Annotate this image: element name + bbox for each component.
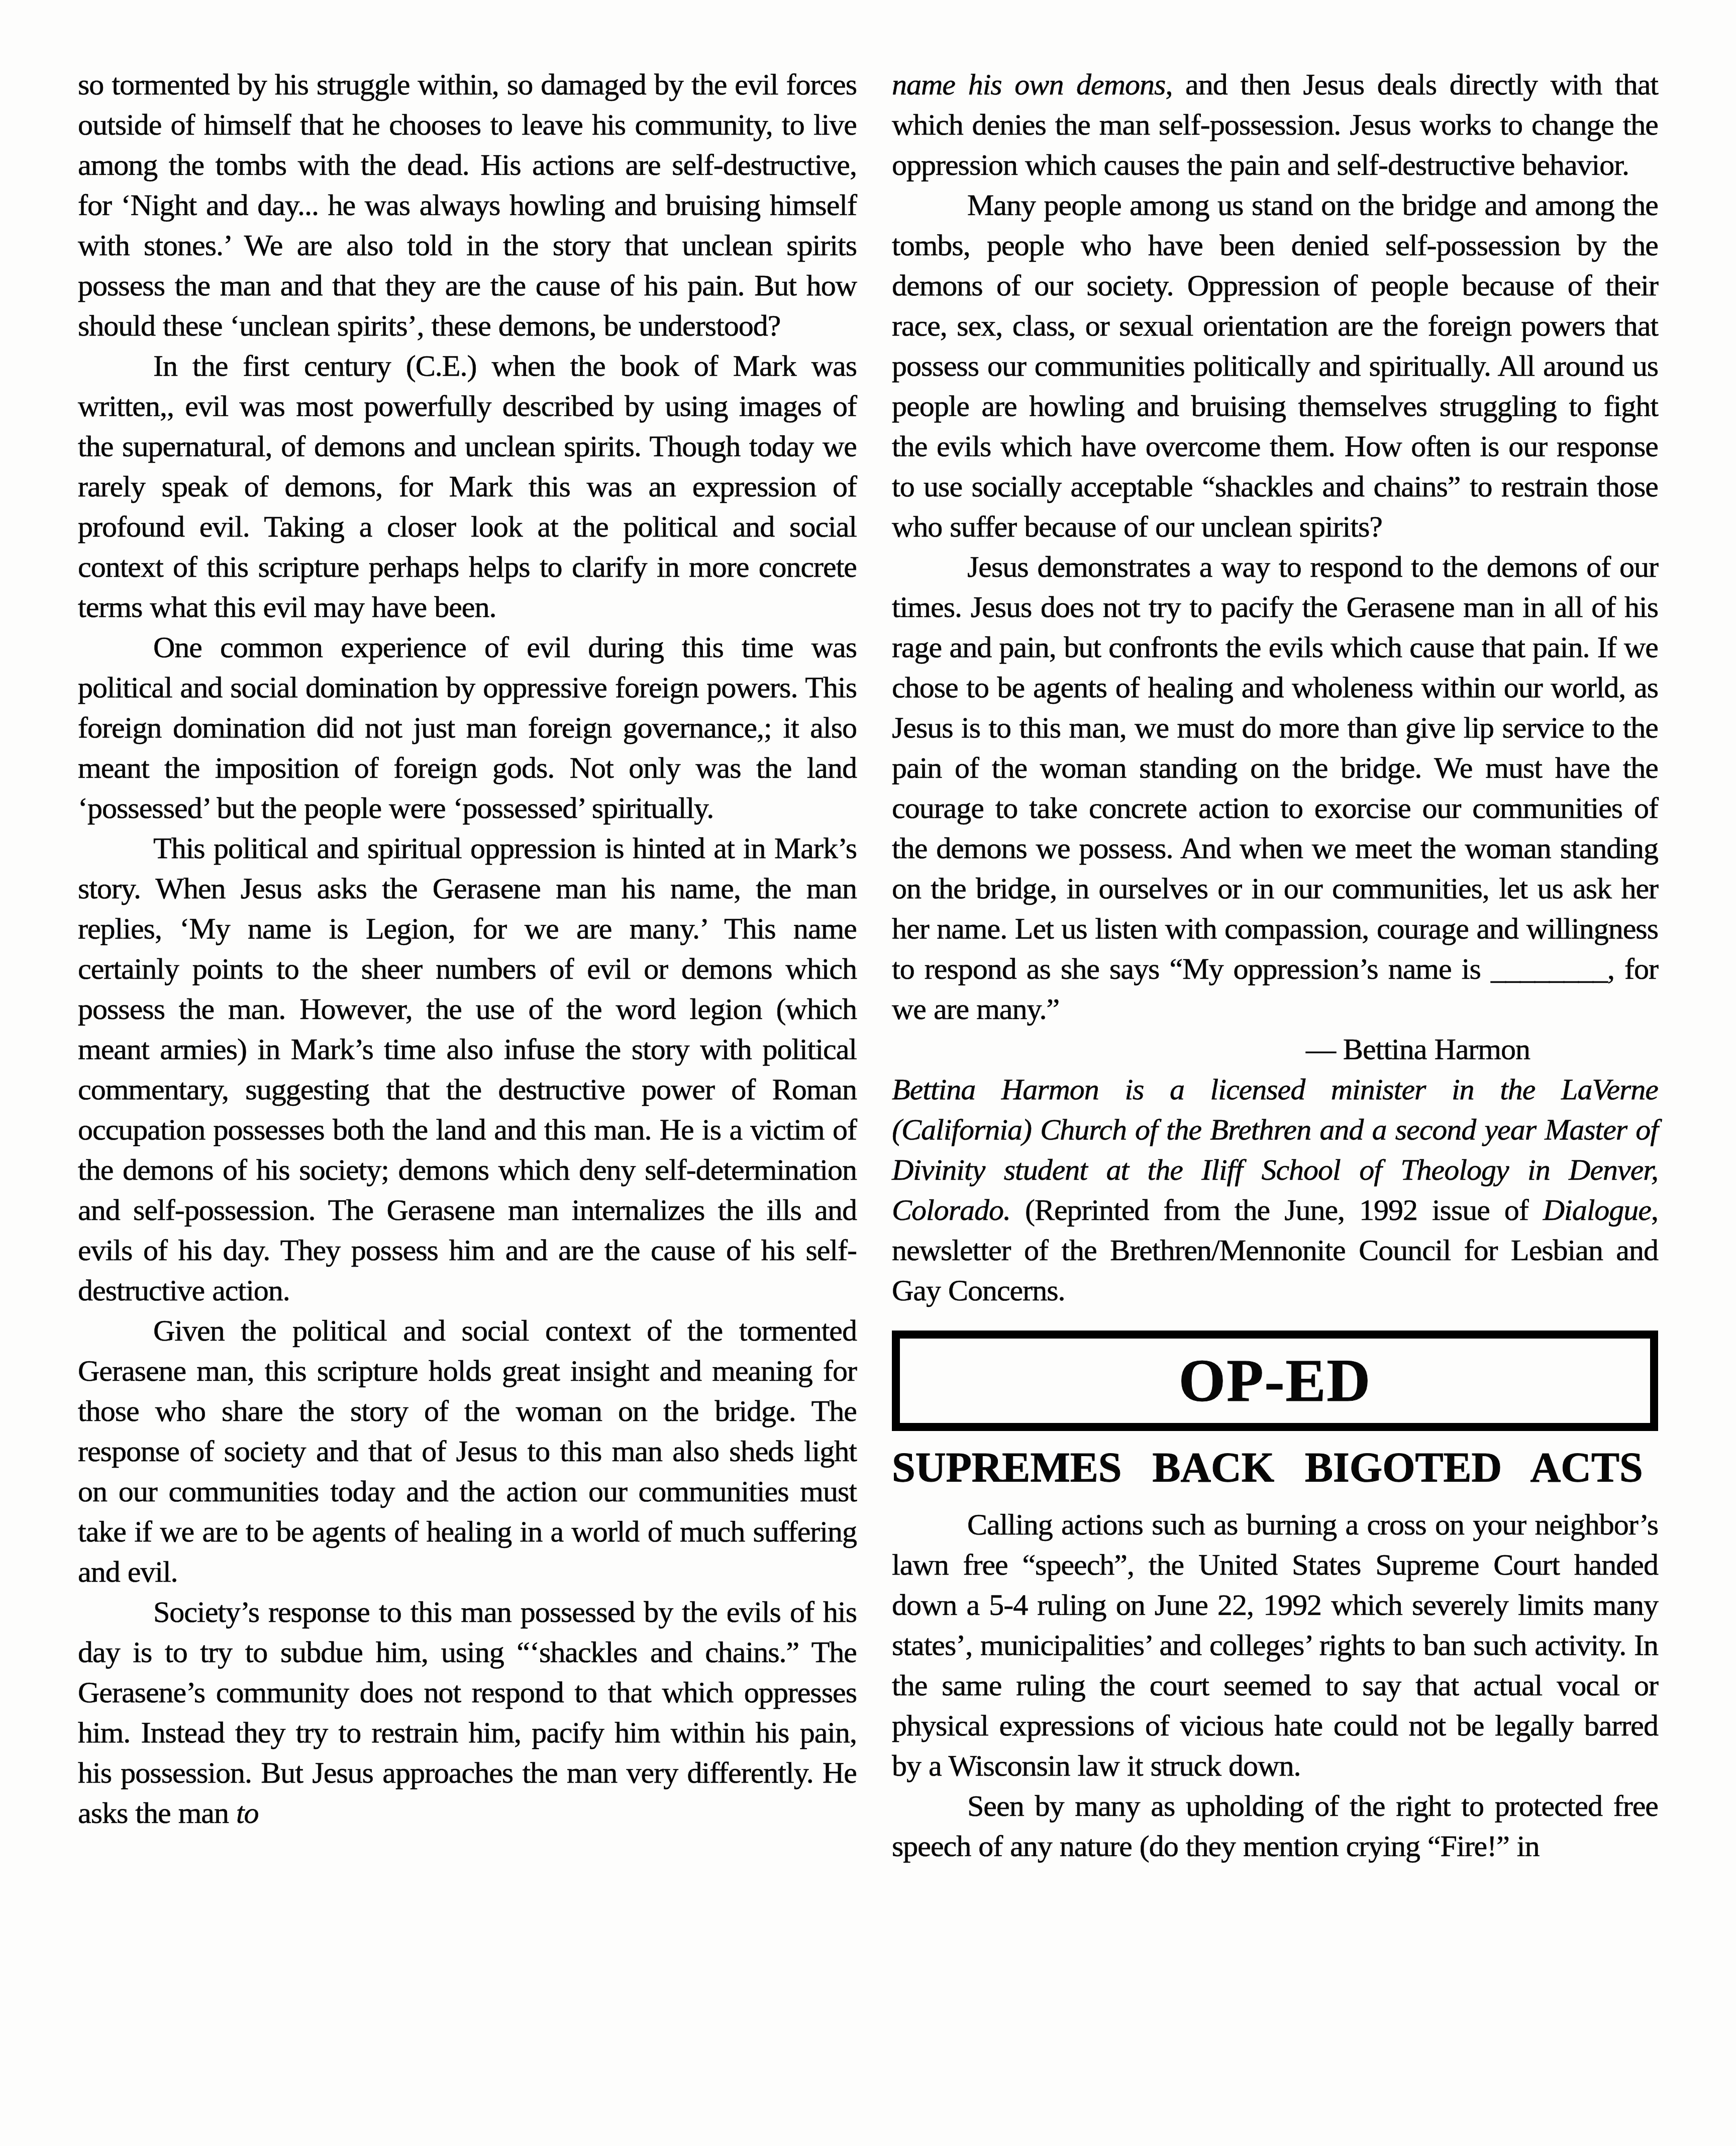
left-column: so tormented by his struggle within, so … xyxy=(78,64,857,1833)
oped-section-box: OP-ED xyxy=(892,1331,1658,1431)
paragraph-first-century: In the first century (C.E.) when the boo… xyxy=(78,346,857,627)
paragraph-name-his-own-demons: name his own demons, and then Jesus deal… xyxy=(892,64,1658,185)
paragraph-seen-by-many: Seen by many as upholding of the right t… xyxy=(892,1786,1658,1866)
paragraph-political-spiritual-oppression: This political and spiritual oppression … xyxy=(78,828,857,1310)
paragraph-jesus-demonstrates: Jesus demonstrates a way to respond to t… xyxy=(892,547,1658,1029)
author-attribution: — Bettina Harmon xyxy=(892,1029,1658,1069)
paragraph-common-experience: One common experience of evil during thi… xyxy=(78,627,857,828)
paragraph-societys-response: Society’s response to this man possessed… xyxy=(78,1592,857,1833)
author-bio: Bettina Harmon is a licensed minister in… xyxy=(892,1069,1658,1310)
paragraph-continuation-gerasene: so tormented by his struggle within, so … xyxy=(78,64,857,346)
article-headline: SUPREMES BACK BIGOTED ACTS xyxy=(892,1446,1658,1490)
paragraph-calling-actions: Calling actions such as burning a cross … xyxy=(892,1504,1658,1786)
paragraph-many-people: Many people among us stand on the bridge… xyxy=(892,185,1658,547)
oped-section-title: OP-ED xyxy=(1179,1361,1371,1401)
newsletter-page: so tormented by his struggle within, so … xyxy=(0,0,1736,2146)
paragraph-given-context: Given the political and social context o… xyxy=(78,1310,857,1592)
right-column: name his own demons, and then Jesus deal… xyxy=(892,64,1658,1866)
